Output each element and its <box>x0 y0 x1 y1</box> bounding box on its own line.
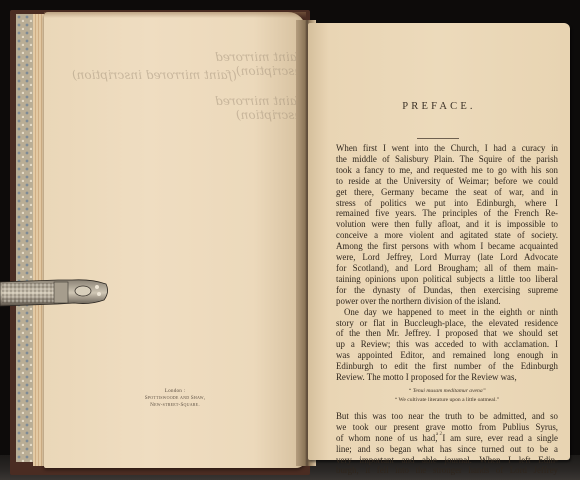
imprint-line: London : <box>44 388 306 395</box>
text-line: Review. The motto I proposed for the Rev… <box>336 372 558 383</box>
signature-mark: a 2 <box>308 432 570 437</box>
title-rule <box>417 138 459 139</box>
text-line: conceive a more violent and agitated sta… <box>336 230 558 241</box>
text-line: Edinburgh to edit the first number of th… <box>336 361 558 372</box>
handwriting-bleed: (faint mirrored inscription) <box>72 68 237 82</box>
motto-english: “ We cultivate literature upon a little … <box>336 396 558 405</box>
page-title: PREFACE. <box>308 101 570 112</box>
text-line: very important and able journal. When I … <box>336 455 558 466</box>
review-mottos: “ Tenui musam meditamur avena” “ We cult… <box>336 387 558 405</box>
text-line: burgh, it fell into the stronger hands o… <box>336 465 558 476</box>
text-line: story or flat in Buccleugh-place, the el… <box>336 318 558 329</box>
text-line: One day we happened to meet in the eight… <box>336 307 558 318</box>
text-line: power over the northern division of the … <box>336 296 558 307</box>
text-line: taining opinions upon political subjects… <box>336 274 558 285</box>
text-line: But this was too near the truth to be ad… <box>336 411 558 422</box>
left-page: (faint mirrored inscription) (faint mirr… <box>44 12 306 468</box>
motto-latin: “ Tenui musam meditamur avena” <box>408 388 486 394</box>
text-line: When first I went into the Church, I had… <box>336 143 558 154</box>
imprint-line: Spottiswoode and Shaw, <box>44 395 306 402</box>
right-page: PREFACE. When first I went into the Chur… <box>308 23 570 460</box>
text-line: was appointed Editor, and remained long … <box>336 350 558 361</box>
text-line: Among the first persons with whom I beca… <box>336 241 558 252</box>
book-photo: (faint mirrored inscription) (faint mirr… <box>0 0 580 480</box>
text-line: of the then Mr. Jeffrey. I proposed that… <box>336 328 558 339</box>
marbled-endpaper <box>16 14 34 462</box>
text-line: remained five years. The principles of t… <box>336 208 558 219</box>
paragraph-1: When first I went into the Church, I had… <box>336 143 558 307</box>
text-line: stress of politics we put into Edinburgh… <box>336 198 558 209</box>
printer-imprint: London : Spottiswoode and Shaw, New-stre… <box>44 388 306 409</box>
text-line: the middle of Salisbury Plain. The Squir… <box>336 154 558 165</box>
text-line: up a Review; this was acceded to with ac… <box>336 339 558 350</box>
handwriting-bleed: (faint mirrored inscription) <box>144 94 306 122</box>
text-line: for Scotland), and Lord Brougham; all of… <box>336 263 558 274</box>
preface-text: When first I went into the Church, I had… <box>336 143 558 476</box>
text-line: were, Lord Jeffrey, Lord Murray (late Lo… <box>336 252 558 263</box>
paragraph-2: One day we happened to meet in the eight… <box>336 307 558 383</box>
imprint-line: New-street-Square. <box>44 402 306 409</box>
text-line: for the dynasty of Dundas, then exercisi… <box>336 285 558 296</box>
paragraph-3: But this was too near the truth to be ad… <box>336 411 558 476</box>
text-line: took a fancy to me, and requested me to … <box>336 165 558 176</box>
text-line: volution were then fully afloat, and it … <box>336 219 558 230</box>
text-line: line; and so began what has since turned… <box>336 444 558 455</box>
text-line: get there, Germany became the seat of wa… <box>336 187 558 198</box>
metal-book-clip <box>0 276 108 309</box>
text-line: to reside at the University of Weimar; b… <box>336 176 558 187</box>
